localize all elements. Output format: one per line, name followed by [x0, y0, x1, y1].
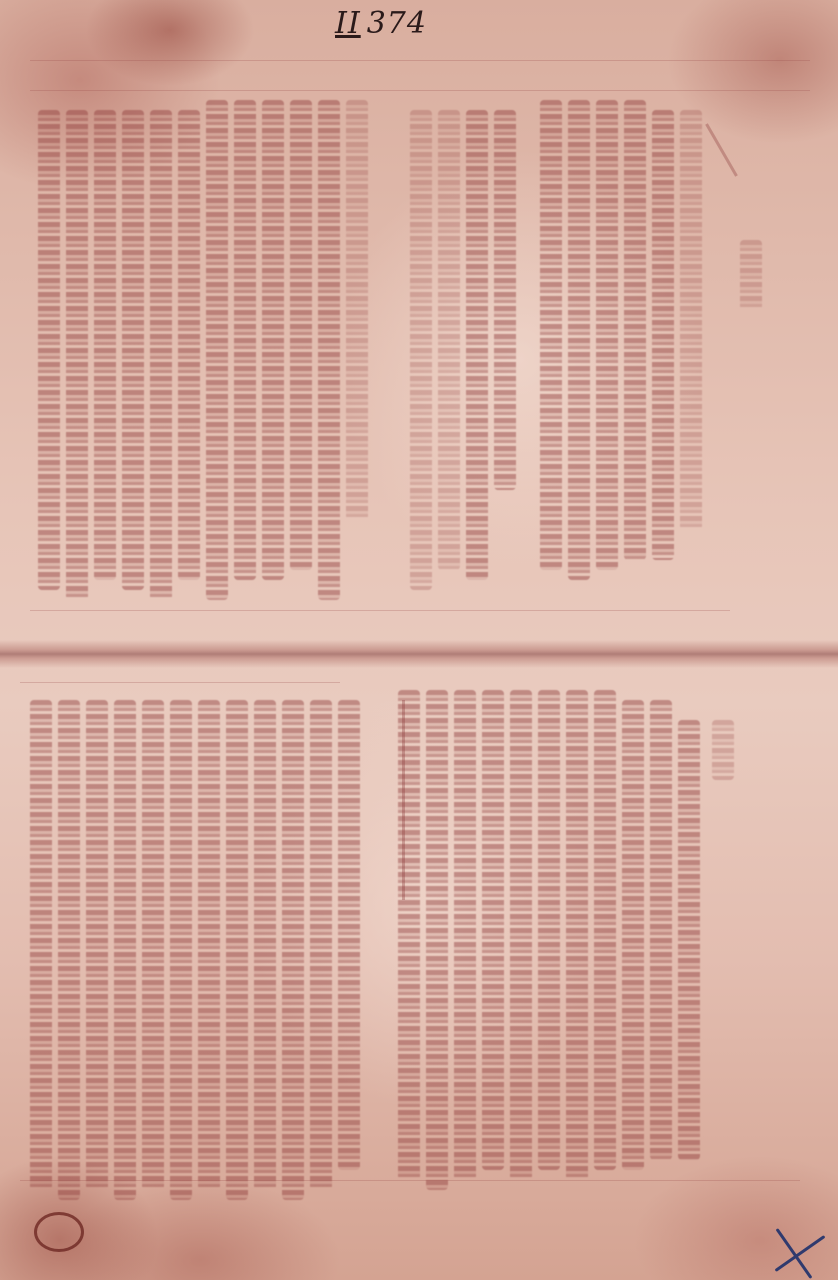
text-column	[622, 700, 644, 1170]
text-column	[114, 700, 136, 1200]
text-column	[426, 690, 448, 1190]
text-column	[198, 700, 220, 1190]
text-column	[410, 110, 432, 590]
text-column	[568, 100, 590, 580]
text-column	[346, 100, 368, 520]
text-column	[398, 690, 420, 1180]
ruling-line	[30, 90, 810, 91]
text-column	[712, 720, 734, 780]
text-column	[566, 690, 588, 1180]
text-column	[596, 100, 618, 570]
ruling-line	[30, 60, 810, 61]
text-column	[494, 110, 516, 490]
text-column	[58, 700, 80, 1200]
text-column	[282, 700, 304, 1200]
shelfmark-numeral: II	[335, 6, 361, 41]
text-column	[66, 110, 88, 600]
shelfmark-number: 374	[367, 6, 427, 41]
text-column	[94, 110, 116, 580]
text-column	[680, 110, 702, 530]
text-column	[650, 700, 672, 1160]
text-column	[338, 700, 360, 1170]
text-column	[594, 690, 616, 1170]
text-column	[30, 700, 52, 1190]
ruling-line	[30, 610, 730, 611]
text-column	[122, 110, 144, 590]
text-column	[538, 690, 560, 1170]
text-column	[254, 700, 276, 1190]
horizontal-fold	[0, 640, 838, 668]
text-column	[652, 110, 674, 560]
text-column	[178, 110, 200, 580]
text-column	[454, 690, 476, 1180]
text-column	[318, 100, 340, 600]
text-column	[262, 100, 284, 580]
ruling-line	[20, 682, 340, 683]
shelfmark-label: II374	[335, 6, 427, 41]
text-column	[290, 100, 312, 570]
text-column	[438, 110, 460, 570]
text-column	[540, 100, 562, 570]
blue-x-mark	[770, 1228, 826, 1280]
manuscript-leaf: II374	[0, 0, 838, 1280]
text-column	[170, 700, 192, 1200]
circled-mark	[34, 1212, 84, 1252]
text-column	[226, 700, 248, 1200]
text-column	[150, 110, 172, 600]
text-column	[206, 100, 228, 600]
text-column	[624, 100, 646, 560]
text-column	[482, 690, 504, 1170]
text-column	[142, 700, 164, 1190]
text-column	[740, 240, 762, 310]
text-column	[310, 700, 332, 1190]
text-column	[510, 690, 532, 1180]
crease	[705, 123, 738, 176]
ruling-line	[20, 1180, 800, 1181]
text-column	[86, 700, 108, 1190]
text-column	[466, 110, 488, 580]
text-column	[234, 100, 256, 580]
text-column	[38, 110, 60, 590]
text-column	[678, 720, 700, 1160]
